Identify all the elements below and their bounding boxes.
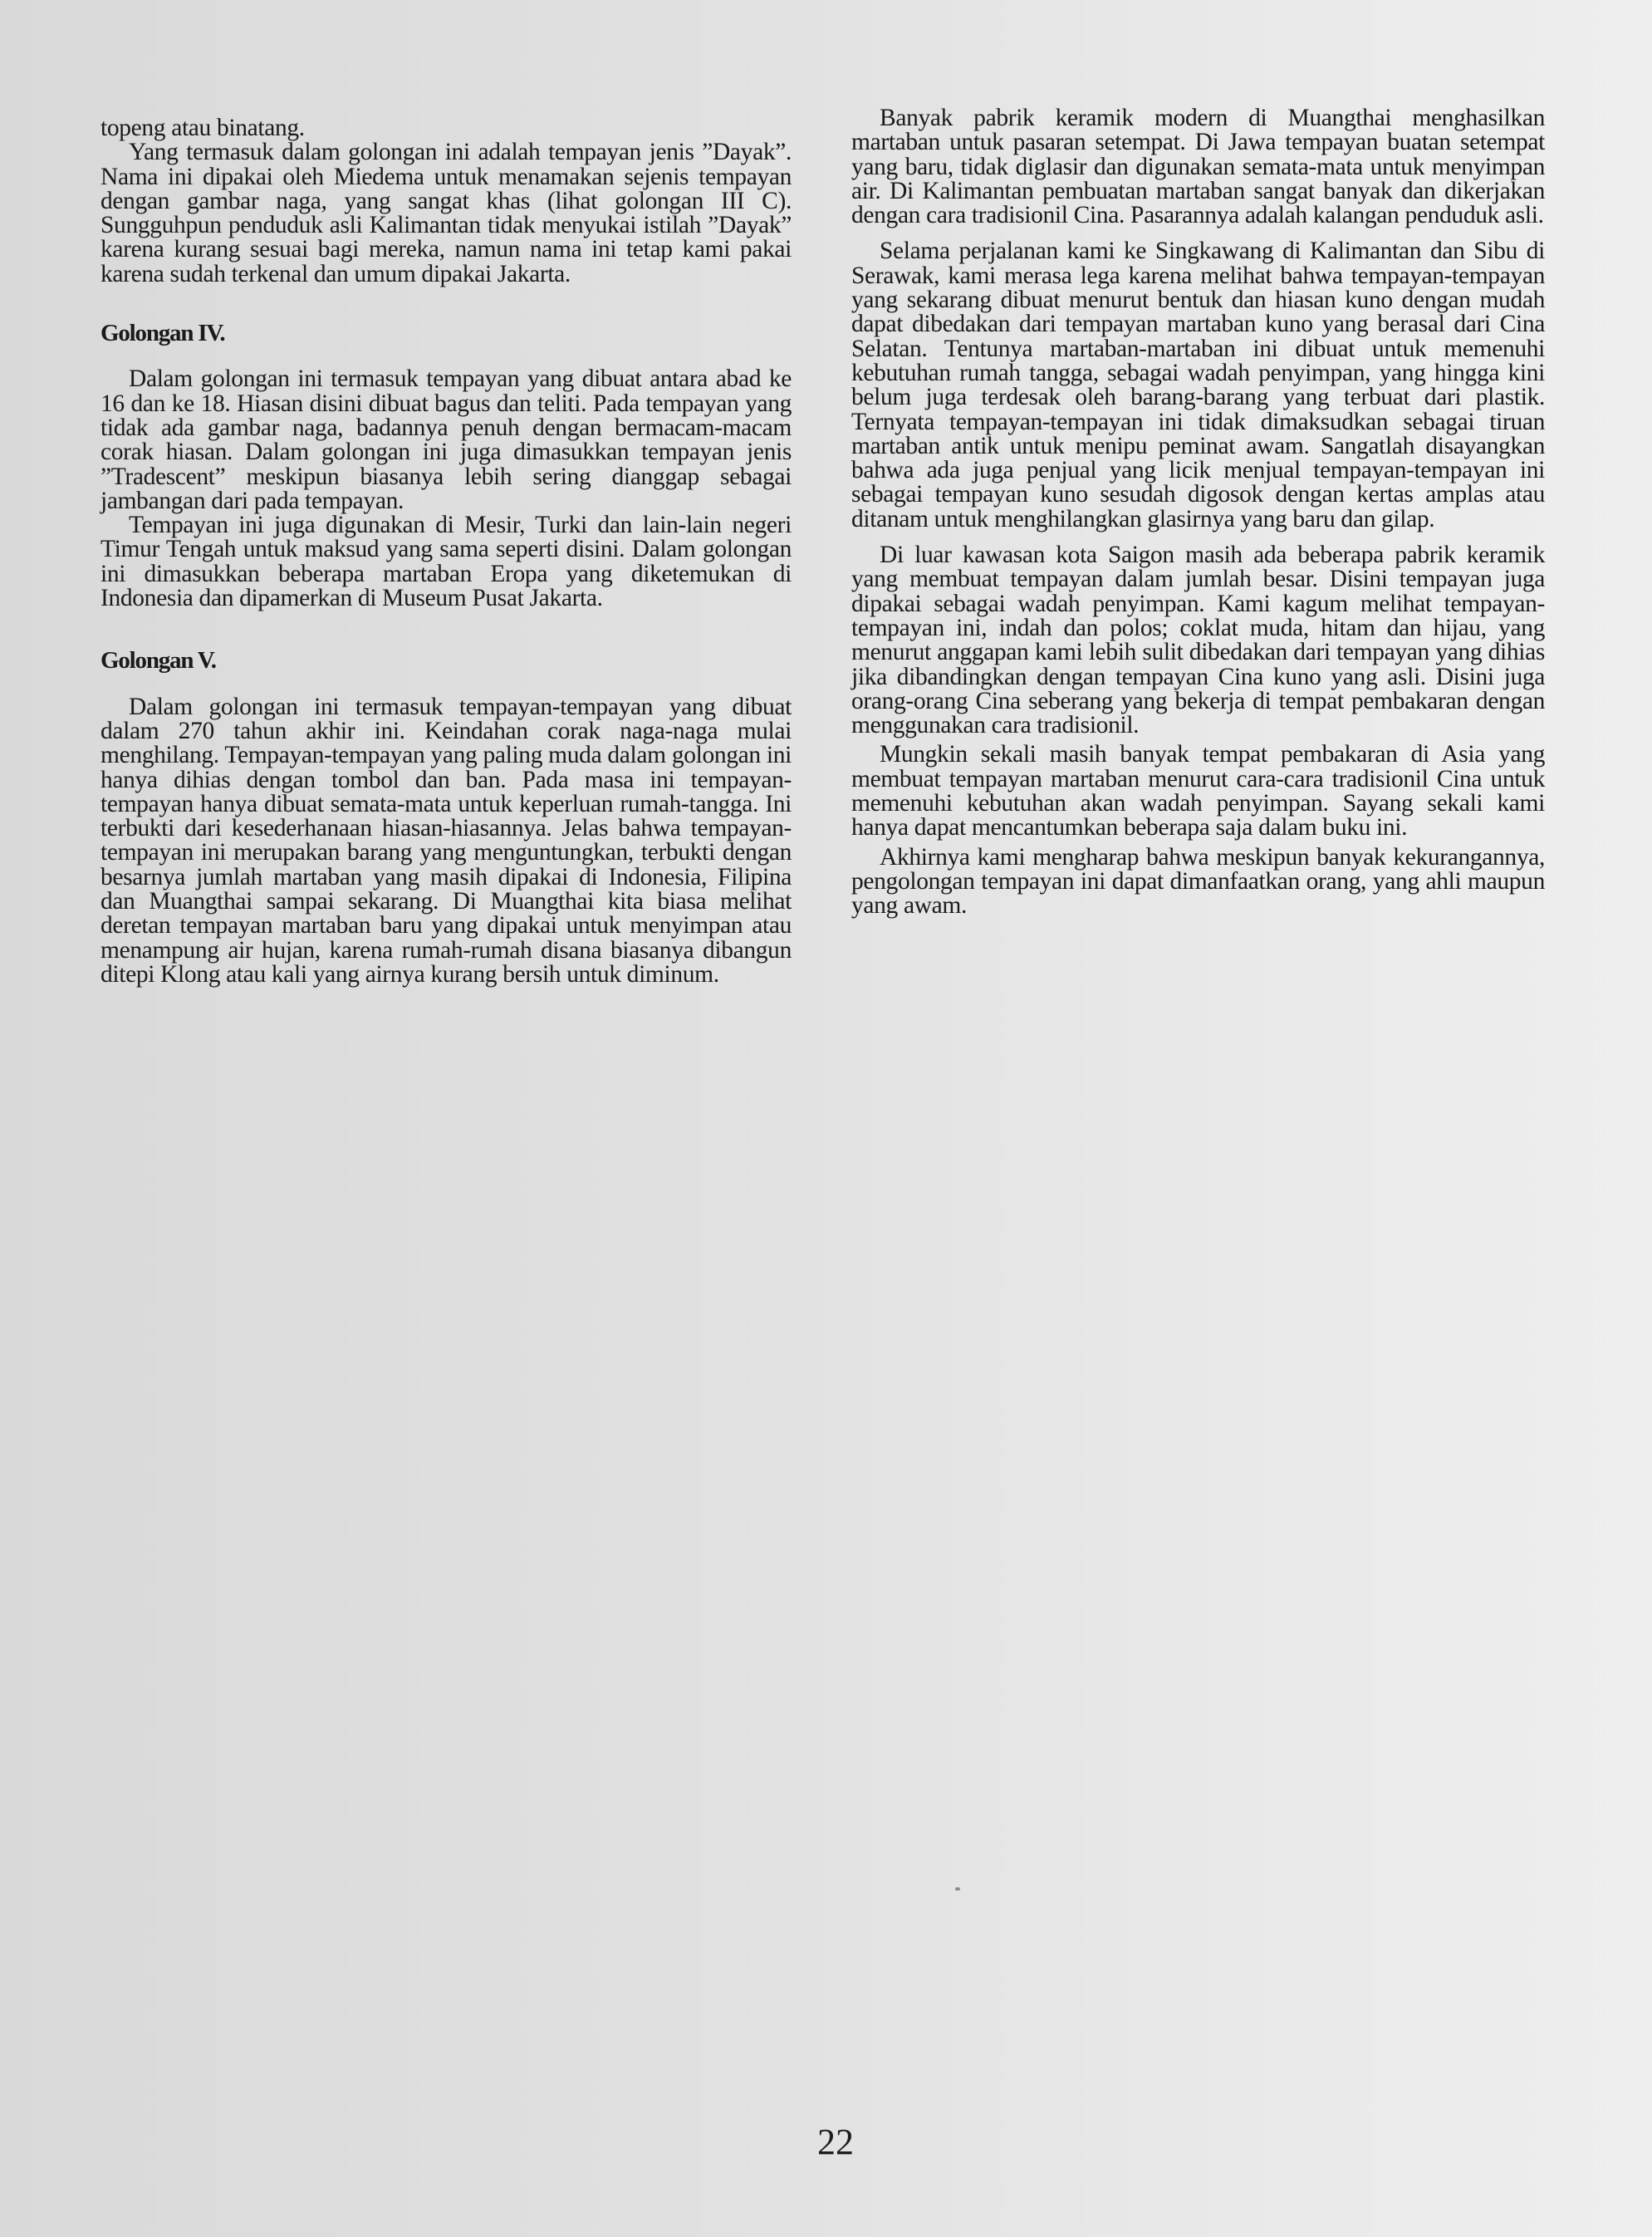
right-text-column: Banyak pabrik keramik modern di Muangtha… [851,106,1545,919]
dayak-paragraph: Yang termasuk dalam golongan ini adalah … [100,140,792,287]
singkawang-journey-paragraph: Selama perjalanan kami ke Singkawang di … [851,239,1545,532]
asia-kilns-paragraph: Mungkin sekali masih banyak tempat pemba… [851,743,1545,840]
golongan-iv-paragraph-1: Dalam golongan ini termasuk tempayan yan… [100,367,792,513]
section-heading-golongan-v: Golongan V. [100,649,792,673]
dust-speck [955,1887,960,1891]
continued-paragraph: topeng atau binatang. [100,116,792,140]
golongan-iv-paragraph-2: Tempayan ini juga digunakan di Mesir, Tu… [100,513,792,611]
section-heading-golongan-iv: Golongan IV. [100,321,792,346]
left-text-column: topeng atau binatang. Yang termasuk dala… [100,116,792,987]
saigon-paragraph: Di luar kawasan kota Saigon masih ada be… [851,543,1545,738]
modern-factories-paragraph: Banyak pabrik keramik modern di Muangtha… [851,106,1545,228]
golongan-v-paragraph-1: Dalam golongan ini termasuk tempayan-tem… [100,695,792,988]
closing-paragraph: Akhirnya kami mengharap bahwa meskipun b… [851,846,1545,919]
scanned-book-page: topeng atau binatang. Yang termasuk dala… [0,0,1652,2237]
page-number: 22 [817,2124,854,2161]
